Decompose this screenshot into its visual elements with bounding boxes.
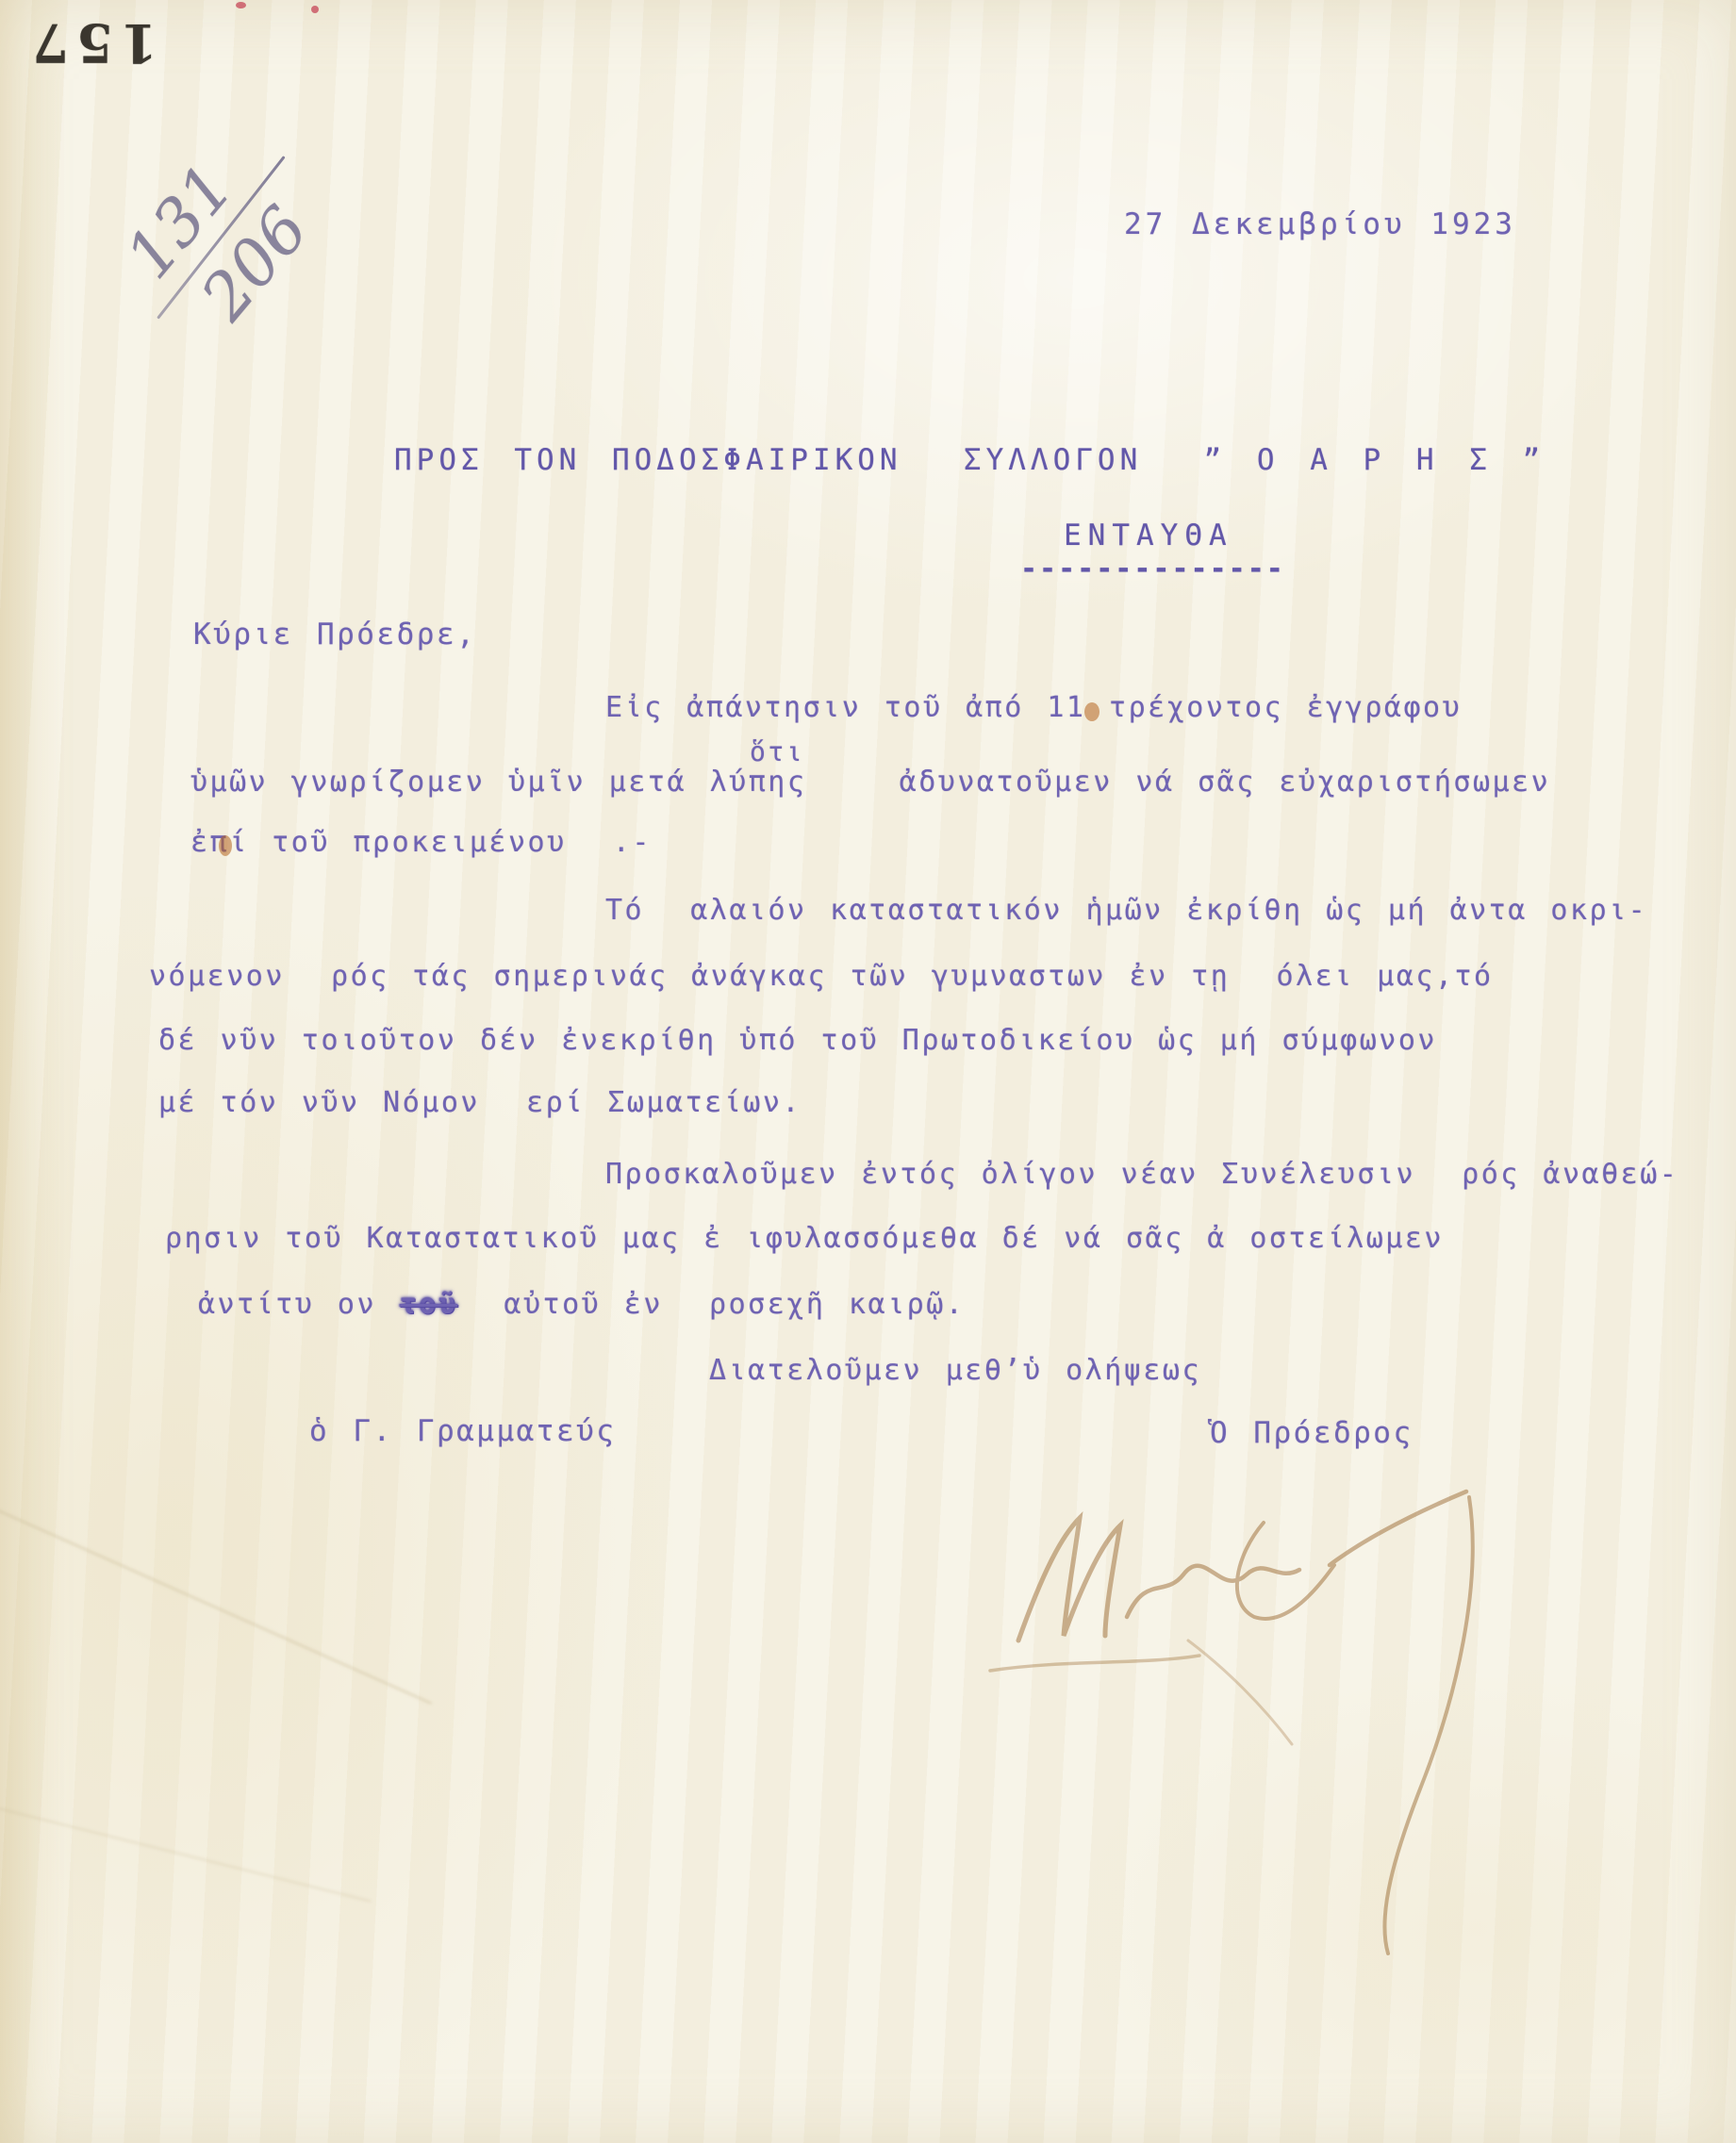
salutation: Κύριε Πρόεδρε, [193, 618, 476, 651]
body-line: ὑμῶν γνωρίζομεν ὑμῖν μετά λύπης ἀδυνατοῦ… [190, 766, 1550, 799]
body-line: ρησιν τοῦ Καταστατικοῦ μας ἐ ιφυλασσόμεθ… [165, 1222, 1444, 1255]
body-line: ἀντίτυ ον τοῦ αὐτοῦ ἐν ροσεχῆ καιρῷ. [198, 1288, 965, 1321]
body-line: Εἰς ἀπάντησιν τοῦ ἀπό 11 τρέχοντος ἐγγρά… [605, 691, 1462, 724]
divider-dashes: -------------- [1020, 552, 1285, 585]
body-line: μέ τόν νῦν Νόμον ερί Σωματείων. [158, 1086, 802, 1119]
body-segment: ἀντίτυ ον [198, 1288, 400, 1321]
president-signature [952, 1424, 1669, 1980]
paper-crease [0, 1503, 432, 1704]
body-segment: αὐτοῦ ἐν ροσεχῆ καιρῷ. [457, 1288, 965, 1321]
recipient-line: ΠΡΟΣ ΤΟΝ ΠΟΔΟΣΦΑΙΡΙΚΟΝ ΣΥΛΛΟΓΟΝ ” Ο Α Ρ … [394, 443, 1545, 477]
struck-out-word: τοῦ [400, 1288, 458, 1321]
inserted-word-above-line: ὅτι [750, 736, 804, 767]
closing-line: Διατελοῦμεν μεθ’ὑ ολήψεως [709, 1354, 1201, 1387]
body-line: Τό αλαιόν καταστατικόν ἡμῶν ἐκρίθη ὡς μή… [605, 894, 1647, 927]
body-line: ἐπί τοῦ προκειμένου .- [190, 826, 652, 859]
body-line: νόμενον ρός τάς σημερινάς ἀνάγκας τῶν γυ… [149, 960, 1494, 993]
secretary-label: ὁ Γ. Γραμματεύς [309, 1414, 616, 1448]
rust-ink-mark [219, 835, 232, 856]
rust-ink-mark [1084, 702, 1099, 721]
red-ink-speck [236, 2, 246, 8]
body-line: δέ νῦν τοιοῦτον δέν ἐνεκρίθη ὑπό τοῦ Πρω… [158, 1024, 1437, 1057]
red-ink-speck [311, 6, 319, 13]
location-line: ΕΝΤΑΥΘΑ [1064, 519, 1233, 552]
page-number-stamp: 157 [25, 11, 157, 74]
paper-crease [0, 1795, 371, 1902]
date-line: 27 Δεκεμβρίου 1923 [1124, 207, 1516, 241]
scanned-letter-page: 157 131 206 27 Δεκεμβρίου 1923 ΠΡΟΣ ΤΟΝ … [0, 0, 1736, 2143]
body-line: Προσκαλοῦμεν ἐντός ὀλίγον νέαν Συνέλευσι… [605, 1158, 1678, 1191]
